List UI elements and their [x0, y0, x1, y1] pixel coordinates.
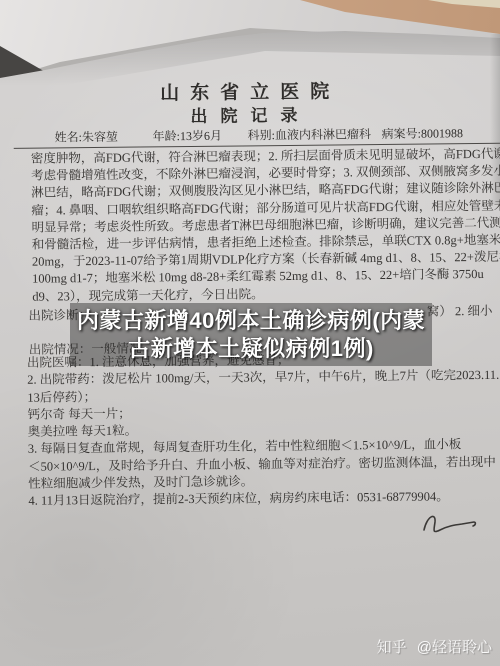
photo-of-discharge-record: 山东省立医院 出院记录 姓名:朱容堃 年龄:13岁6月 科别:血液内科淋巴瘤科 … — [0, 0, 500, 666]
diagnosis-fragment: 窝） 2. 细小 — [427, 301, 493, 320]
handwritten-signature — [418, 508, 480, 543]
zhihu-watermark: 知乎 @轻语聆心 — [377, 636, 492, 657]
headline-line-2: 古新增本土疑似病例1例) — [128, 335, 374, 363]
patient-name: 姓名:朱容堃 — [55, 128, 119, 146]
zhihu-author-handle: @轻语聆心 — [417, 639, 492, 656]
case-number: 病案号:8001988 — [382, 124, 464, 142]
headline-line-1: 内蒙古新增40例本土确诊病例(内蒙 — [77, 307, 425, 335]
news-headline-overlay: 内蒙古新增40例本土确诊病例(内蒙 古新增本土疑似病例1例) — [70, 303, 432, 366]
zhihu-logo-text: 知乎 — [377, 639, 407, 656]
discharge-advice-paragraph: 出院医嘱：1. 注意休息，加强营养，避免感冒； 2. 出院带药：泼尼松片 100… — [27, 350, 499, 511]
patient-age: 年龄:13岁6月 — [153, 127, 223, 145]
findings-paragraph: 密度肿物，高FDG代谢，符合淋巴瘤表现；2. 所扫层面骨质未见明显破坏，高FDG… — [31, 146, 498, 306]
patient-department: 科别:血液内科淋巴瘤科 — [248, 125, 372, 143]
